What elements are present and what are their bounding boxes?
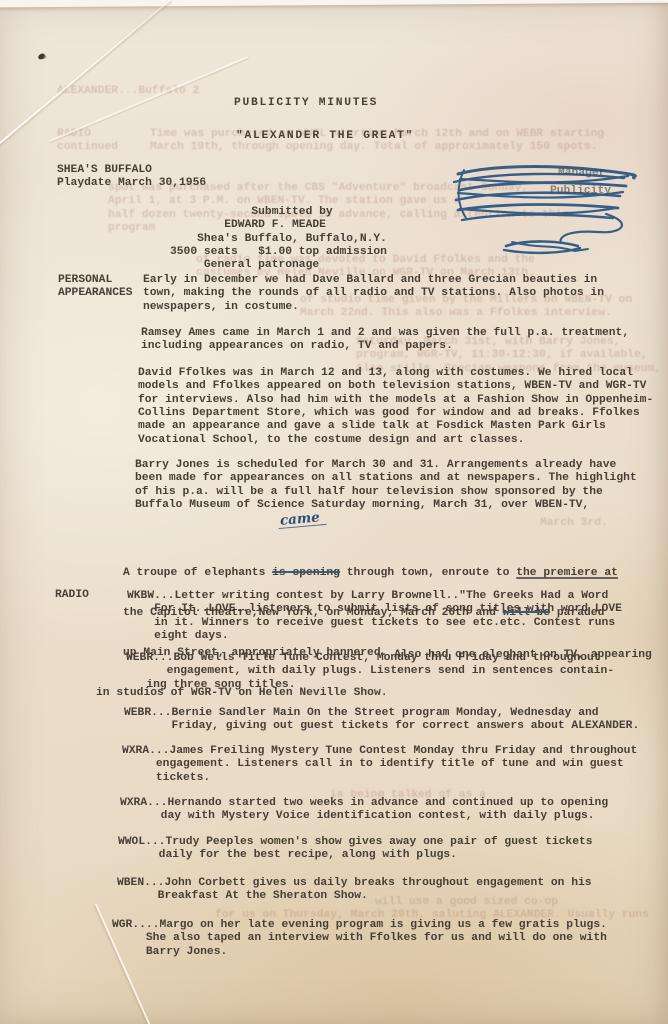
scanned-document-page: ALEXANDER...Buffalo 2 RADIO continued Ti… <box>0 0 668 1024</box>
radio-entry-webr-2: WEBR...Bernie Sandler Main On the Street… <box>124 707 639 734</box>
underlined-text: the premiere at <box>516 567 618 579</box>
text-run: through town, enroute to <box>340 567 516 579</box>
film-title: "ALEXANDER THE GREAT" <box>236 130 414 143</box>
radio-entry-wxra-1: WXRA...James Freiling Mystery Tune Conte… <box>122 745 637 785</box>
section-label-radio: RADIO <box>55 589 89 602</box>
handwritten-correction-came: came <box>277 511 326 529</box>
paragraph-barry-jones: Barry Jones is scheduled for March 30 an… <box>135 459 637 512</box>
radio-entry-wkbw: WKBW...Letter writing contest by Larry B… <box>127 590 622 643</box>
submitted-by-block: Submitted by EDWARD F. MEADE Shea's Buff… <box>170 206 387 273</box>
radio-entry-wgr: WGR....Margo on her late evening program… <box>112 919 607 959</box>
elephants-line-1: A troupe of elephants is opening through… <box>96 567 652 580</box>
radio-entry-wwol: WWOL...Trudy Peeples women's show gives … <box>118 836 593 863</box>
section-label-personal-appearances: PERSONAL APPEARANCES <box>58 274 133 301</box>
venue-playdate: Playdate March 30,1956 <box>57 177 206 190</box>
paper-speck <box>37 53 46 61</box>
pen-struck-text: is opening <box>272 567 340 579</box>
paper-top-edge <box>0 0 668 7</box>
paragraph-david-ffolkes: David Ffolkes was in March 12 and 13, al… <box>138 367 653 447</box>
radio-entry-wben: WBEN...John Corbett gives us daily break… <box>117 877 592 904</box>
radio-entry-wxra-2: WXRA...Hernando started two weeks in adv… <box>120 797 608 824</box>
radio-entry-webr-1: WEBR...Bob Wells Title Tune Contest, Mon… <box>126 652 614 692</box>
venue-name: SHEA'S BUFFALO <box>57 164 152 177</box>
ink-scribble <box>448 162 638 260</box>
text-run: A troupe of elephants <box>123 567 272 579</box>
paragraph-dave-ballard: Early in December we had Dave Ballard an… <box>143 274 604 314</box>
document-title: PUBLICITY MINUTES <box>234 97 378 110</box>
paragraph-ramsey-ames: Ramsey Ames came in March 1 and 2 and wa… <box>141 327 629 354</box>
